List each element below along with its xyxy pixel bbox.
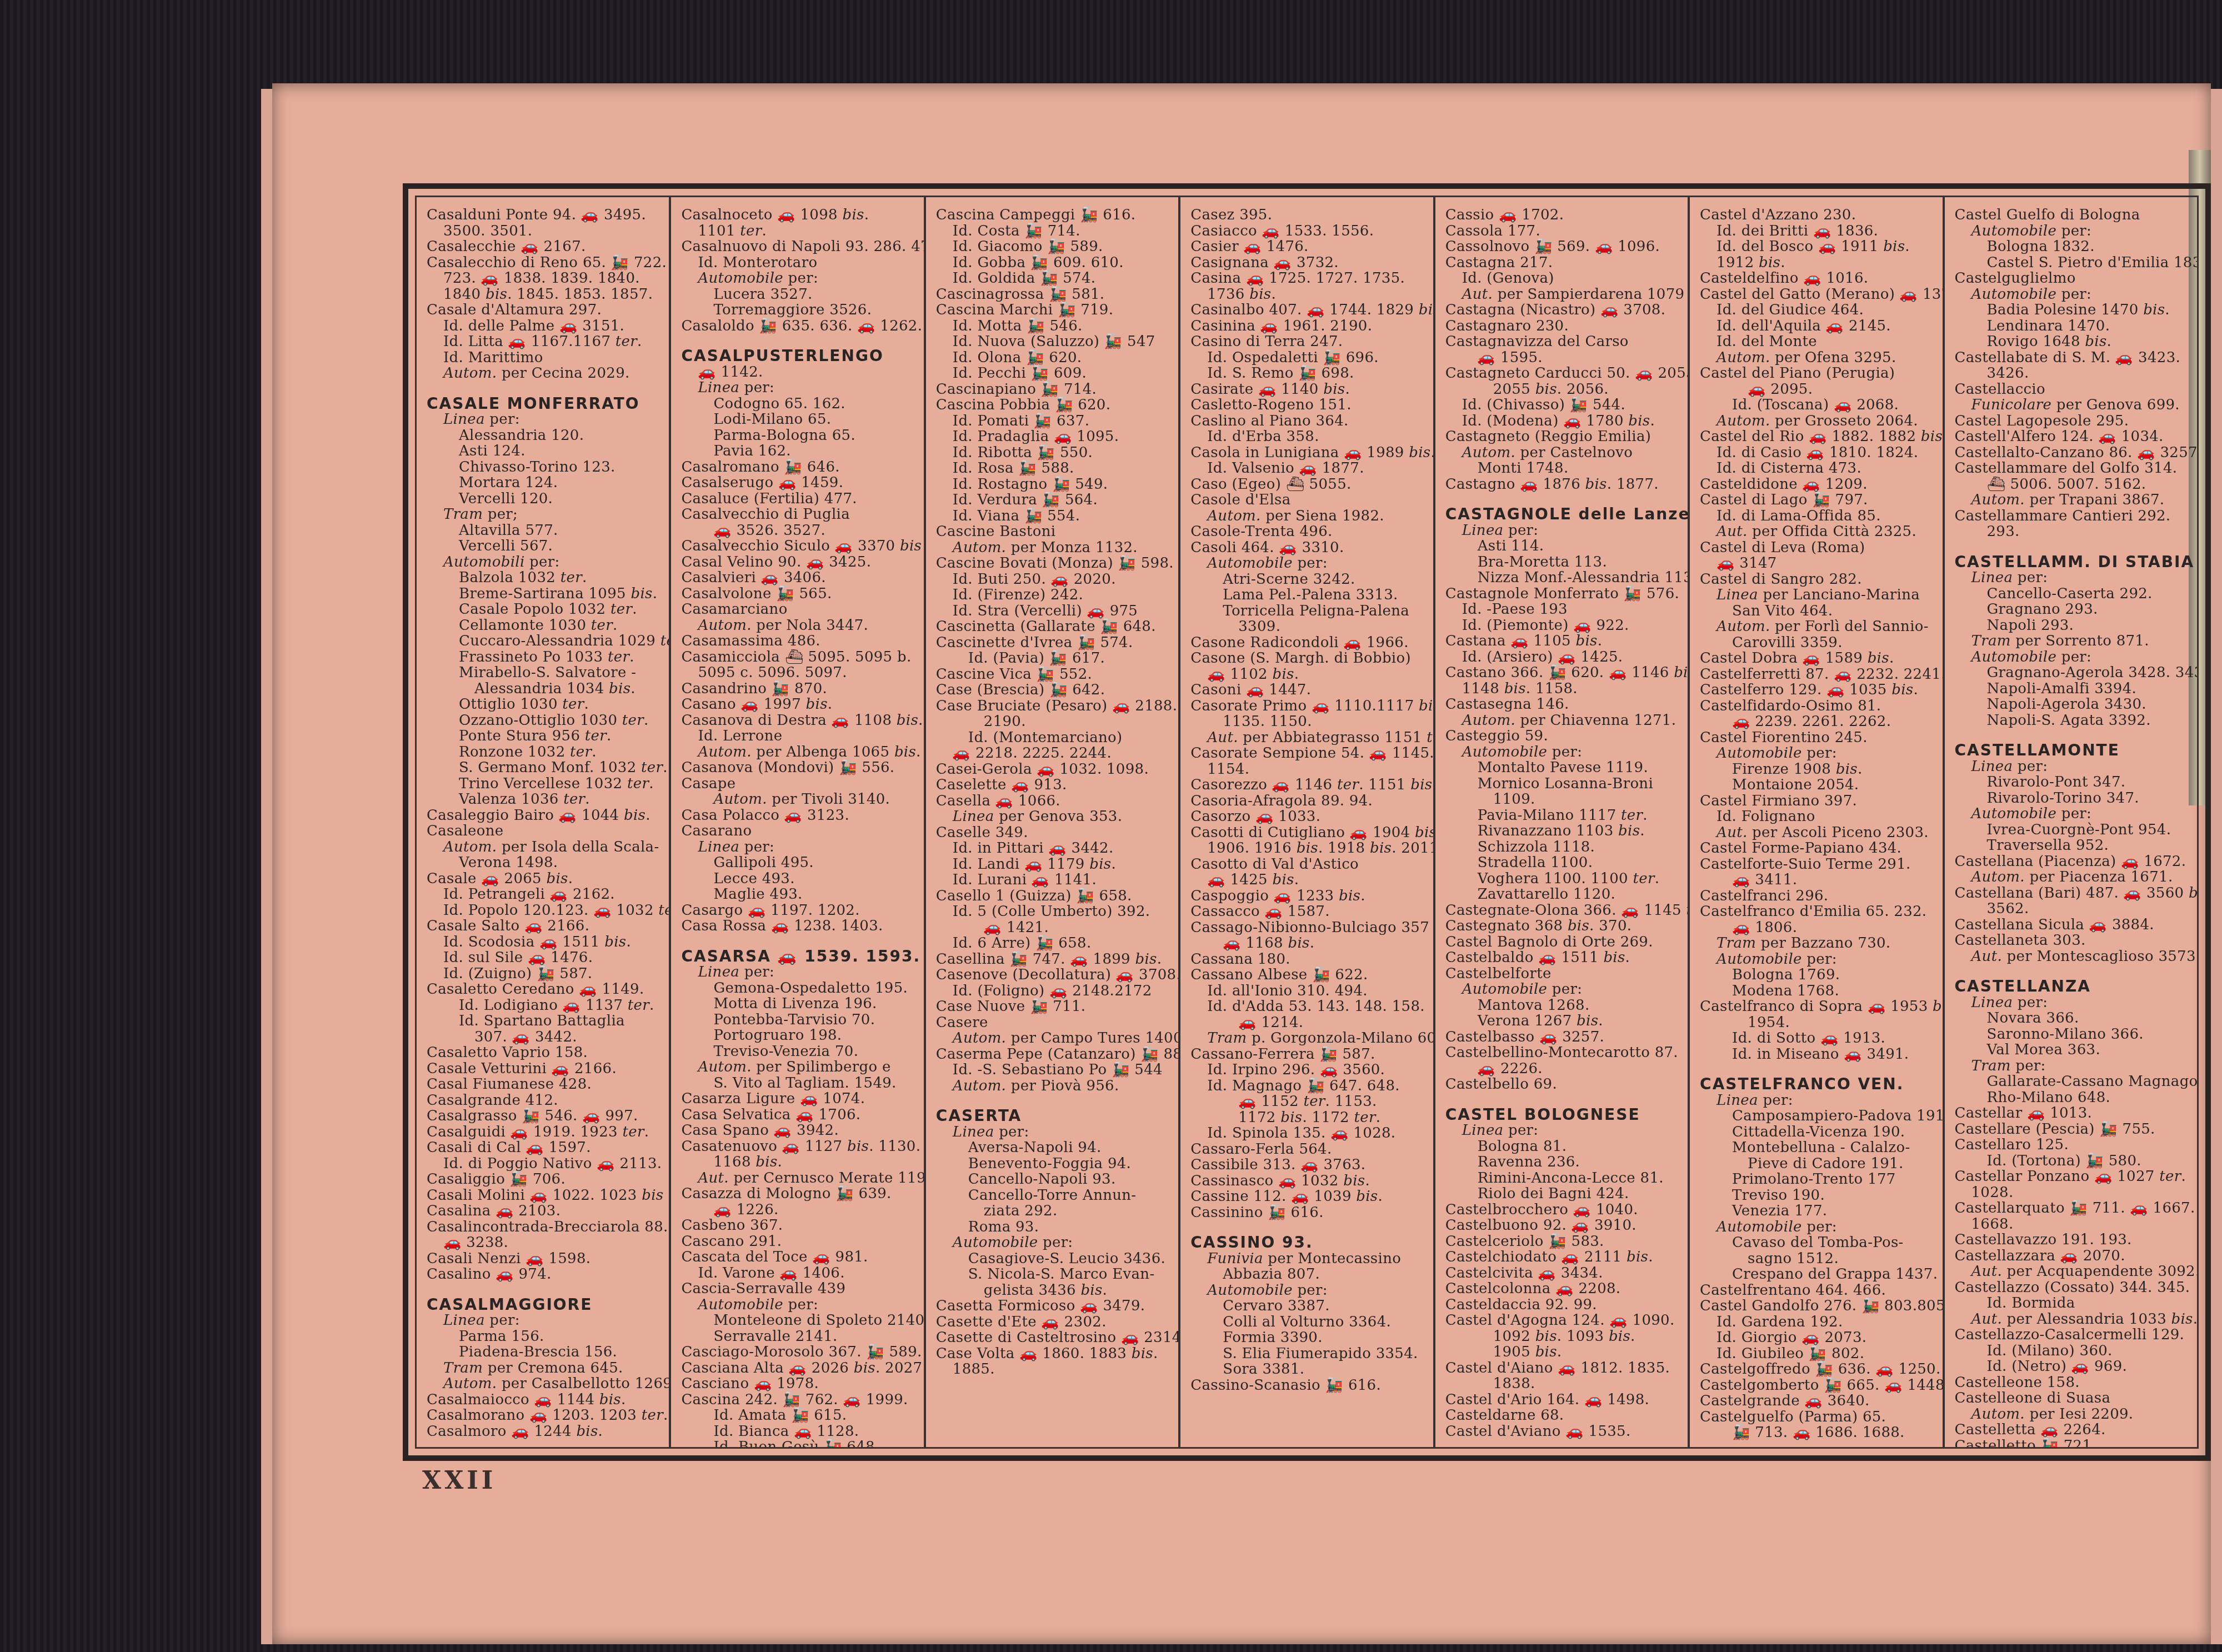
index-entry: 3500. 3501.: [427, 223, 661, 239]
index-entry: Id. Rostagno 🚂 549.: [936, 477, 1170, 493]
index-entry: Linea per:: [1955, 759, 2189, 775]
index-entry: Automobile per:: [1445, 744, 1680, 760]
index-entry: Caselle 349.: [936, 825, 1170, 841]
index-entry: Castellana Sicula 🚗 3884.: [1955, 917, 2189, 933]
index-entry: Bologna 1769.: [1700, 967, 1934, 983]
index-entry: Casere: [936, 1015, 1170, 1031]
index-entry: Gragnano-Agerola 3428. 3430: [1955, 665, 2189, 681]
index-entry: Id. Buon Gesù 🚂 648.: [681, 1439, 915, 1447]
index-entry: Case Volta 🚗 1860. 1883 bis.: [936, 1346, 1170, 1362]
index-entry: Castell'Alfero 124. 🚗 1034.: [1955, 429, 2189, 445]
index-entry: Pavia 162.: [681, 443, 915, 459]
index-entry: Tram per:: [1955, 1058, 2189, 1074]
index-entry: Badia Polesine 1470 bis.: [1955, 302, 2189, 318]
index-entry: Casanova (Mondovi) 🚂 556.: [681, 760, 915, 776]
index-entry: Id. (Foligno) 🚗 2148.2172: [936, 983, 1170, 999]
index-entry: Casaleggio Bairo 🚗 1044 bis.: [427, 808, 661, 824]
index-entry: 3309.: [1190, 619, 1425, 635]
index-entry: Cassinino 🚂 616.: [1190, 1205, 1425, 1221]
index-entry: Autom. per Trapani 3867.: [1955, 492, 2189, 508]
index-entry: S. Vito al Tagliam. 1549.: [681, 1075, 915, 1092]
index-entry: Mortara 124.: [427, 475, 661, 491]
index-entry: Asti 114.: [1445, 538, 1680, 554]
index-entry: Casalgrasso 🚂 546. 🚗 997.: [427, 1108, 661, 1124]
index-entry: Valenza 1036 ter.: [427, 792, 661, 808]
index-entry: Autom. per Castelnovo: [1445, 445, 1680, 461]
index-entry: Casale Salto 🚗 2166.: [427, 918, 661, 934]
index-entry: 723. 🚗 1838. 1839. 1840.: [427, 271, 661, 287]
index-entry: 🚗 1226.: [681, 1202, 915, 1218]
index-entry: Castel del Rio 🚗 1882. 1882 bis.: [1700, 429, 1934, 445]
section-heading: CASALMAGGIORE: [427, 1297, 661, 1313]
index-entry: Id. Magnago 🚂 647. 648.: [1190, 1078, 1425, 1094]
section-heading: CASERTA: [936, 1108, 1170, 1124]
index-entry: Id. Verdura 🚂 564.: [936, 492, 1170, 508]
index-entry: Id. 5 (Colle Umberto) 392.: [936, 904, 1170, 920]
index-entry: Id. (Genova): [1445, 271, 1680, 287]
index-entry: Id. di Cisterna 473.: [1700, 460, 1934, 477]
index-entry: Casone Radicondoli 🚗 1966.: [1190, 635, 1425, 651]
index-entry: Casteldelfino 🚗 1016.: [1700, 271, 1934, 287]
index-entry: Id. (Pavia) 🚂 617.: [936, 650, 1170, 667]
index-entry: Val Morea 363.: [1955, 1042, 2189, 1058]
index-entry: Casale 🚗 2065 bis.: [427, 871, 661, 887]
index-entry: Casola in Lunigiana 🚗 1989 bis.: [1190, 445, 1425, 461]
index-entry: 🚗 1806.: [1700, 920, 1934, 936]
index-entry: Castelferretti 87. 🚗 2232. 2241.: [1700, 667, 1934, 683]
index-entry: Casaletto Ceredano 🚗 1149.: [427, 982, 661, 998]
index-entry: Casarza Ligure 🚗 1074.: [681, 1091, 915, 1107]
index-entry: Automobile per:: [1700, 952, 1934, 968]
index-entry: Casoli 464. 🚗 3310.: [1190, 540, 1425, 556]
index-entry: Formia 3390.: [1190, 1330, 1425, 1346]
index-entry: Castellazzara 🚗 2070.: [1955, 1248, 2189, 1264]
section-heading: CASARSA 🚗 1539. 1593.: [681, 949, 915, 965]
index-entry: Id. (Tortona) 🚂 580.: [1955, 1153, 2189, 1169]
index-column-1: Casalduni Ponte 94. 🚗 3495.3500. 3501.Ca…: [417, 197, 671, 1447]
index-entry: Castelletta 🚗 2264.: [1955, 1422, 2189, 1438]
index-entry: Casinalbo 407. 🚗 1744. 1829 bis.: [1190, 302, 1425, 318]
index-entry: Gallipoli 495.: [681, 855, 915, 871]
index-entry: Cassolnovo 🚂 569. 🚗 1096.: [1445, 239, 1680, 255]
index-entry: Cascina Marchi 🚂 719.: [936, 302, 1170, 318]
index-entry: Id. in Miseano 🚗 3491.: [1700, 1047, 1934, 1063]
index-entry: Tram per Bazzano 730.: [1700, 935, 1934, 952]
index-entry: Id. di Casio 🚗 1810. 1824.: [1700, 445, 1934, 461]
section-heading: CASTELFRANCO VEN.: [1700, 1077, 1934, 1093]
index-entry: Id. Gardena 192.: [1700, 1314, 1934, 1330]
index-entry: Crespano del Grappa 1437.: [1700, 1266, 1934, 1283]
index-entry: Id. d'Adda 53. 143. 148. 158.: [1190, 999, 1425, 1015]
index-entry: Castelforte-Suio Terme 291.: [1700, 857, 1934, 873]
section-heading: CASTAGNOLE delle Lanze: [1445, 507, 1680, 523]
index-entry: Casotti di Cutigliano 🚗 1904 bis: [1190, 825, 1425, 841]
index-entry: 1109.: [1445, 792, 1680, 808]
section-heading: CASTELLANZA: [1955, 979, 2189, 995]
index-entry: Casina 🚗 1725. 1727. 1735.: [1190, 271, 1425, 287]
index-entry: Id. Amata 🚂 615.: [681, 1408, 915, 1424]
index-entry: Casape: [681, 776, 915, 792]
index-entry: Id. d'Erba 358.: [1190, 429, 1425, 445]
index-entry: Linea per:: [1700, 1093, 1934, 1109]
index-entry: Id. di Sotto 🚗 1913.: [1700, 1030, 1934, 1047]
index-entry: 🚗 2218. 2225. 2244.: [936, 745, 1170, 762]
index-entry: Ravenna 236.: [1445, 1154, 1680, 1170]
index-entry: Cascine Bovati (Monza) 🚂 598.: [936, 555, 1170, 572]
index-entry: Casa Rossa 🚗 1238. 1403.: [681, 918, 915, 934]
index-entry: Id. del Giudice 464.: [1700, 302, 1934, 318]
index-entry: Id. Pecchi 🚂 609.: [936, 366, 1170, 382]
index-entry: 1028.: [1955, 1185, 2189, 1201]
index-entry: Caslino al Piano 364.: [1190, 413, 1425, 429]
index-entry: Ivrea-Cuorgnè-Pont 954.: [1955, 822, 2189, 838]
index-entry: Castelcivita 🚗 3434.: [1445, 1265, 1680, 1281]
index-columns: Casalduni Ponte 94. 🚗 3495.3500. 3501.Ca…: [415, 196, 2199, 1449]
index-entry: Trino Vercellese 1032 ter.: [427, 776, 661, 792]
index-entry: Castelbelforte: [1445, 966, 1680, 982]
index-entry: Casaloldo 🚂 635. 636. 🚗 1262.: [681, 318, 915, 334]
index-entry: Casagiove-S. Leucio 3436.: [936, 1251, 1170, 1267]
index-entry: Id. all'Ionio 310. 494.: [1190, 983, 1425, 999]
index-entry: Benevento-Foggia 94.: [936, 1156, 1170, 1172]
index-entry: Pontebba-Tarvisio 70.: [681, 1012, 915, 1028]
index-column-7: Castel Guelfo di BolognaAutomobile per:B…: [1945, 197, 2197, 1447]
index-entry: Id. di Lama-Offida 85.: [1700, 508, 1934, 524]
index-column-4: Casez 395.Casiacco 🚗 1533. 1556.Casier 🚗…: [1180, 197, 1435, 1447]
index-entry: Cascine Vica 🚂 552.: [936, 667, 1170, 683]
index-entry: Aut. per Montescaglioso 3573.: [1955, 949, 2189, 965]
index-entry: Autom. per Isola della Scala-: [427, 839, 661, 855]
index-entry: Autom. per Chiavenna 1271.: [1445, 713, 1680, 729]
index-entry: Id. Petrangeli 🚗 2162.: [427, 887, 661, 903]
index-entry: Castelfidardo-Osimo 81.: [1700, 698, 1934, 714]
index-entry: Linea per:: [1955, 570, 2189, 586]
index-entry: Firenze 1908 bis.: [1700, 762, 1934, 778]
index-entry: Casalina 🚗 2103.: [427, 1203, 661, 1219]
index-entry: Castelguglielmo: [1955, 271, 2189, 287]
index-entry: Id. Motta 🚂 546.: [936, 318, 1170, 334]
index-entry: Cassine 112. 🚗 1039 bis.: [1190, 1189, 1425, 1205]
index-entry: Castelfranco di Sopra 🚗 1953 bis.: [1700, 999, 1934, 1015]
index-entry: 1135. 1150.: [1190, 714, 1425, 730]
index-entry: 1838.: [1445, 1376, 1680, 1392]
index-entry: Casaluce (Fertilia) 477.: [681, 491, 915, 507]
index-entry: Castelgrande 🚗 3640.: [1700, 1393, 1934, 1409]
index-entry: Casalecchio di Reno 65. 🚂 722.: [427, 255, 661, 271]
index-entry: Tram p. Gorgonzola-Milano 609: [1190, 1030, 1425, 1047]
index-entry: Id. del Bosco 🚗 1911 bis.: [1700, 239, 1934, 255]
index-entry: Caspoggio 🚗 1233 bis.: [1190, 888, 1425, 904]
index-entry: Id. Bormida: [1955, 1295, 2189, 1311]
index-entry: Autom. per Ofena 3295.: [1700, 350, 1934, 366]
index-entry: Id. Marittimo: [427, 350, 661, 366]
index-entry: Castellavazzo 191. 193.: [1955, 1232, 2189, 1248]
index-entry: Cascinetta (Gallarate 🚂 648.: [936, 619, 1170, 635]
index-entry: Casa Polacco 🚗 3123.: [681, 808, 915, 824]
index-entry: Casino di Terra 247.: [1190, 334, 1425, 350]
index-entry: Id. Spinola 135. 🚗 1028.: [1190, 1125, 1425, 1142]
index-entry: Parma 156.: [427, 1329, 661, 1345]
index-entry: Automobile per:: [1955, 806, 2189, 822]
index-entry: Motta di Livenza 196.: [681, 996, 915, 1012]
index-entry: Casalmaiocco 🚗 1144 bis.: [427, 1392, 661, 1408]
index-entry: Casamicciola ⛴ 5095. 5095 b.: [681, 649, 915, 665]
index-entry: Id. Pradaglia 🚗 1095.: [936, 429, 1170, 445]
index-entry: Napoli-Agerola 3430.: [1955, 697, 2189, 713]
index-entry: Castagna 217.: [1445, 255, 1680, 271]
index-entry: Castelbasso 🚗 3257.: [1445, 1029, 1680, 1045]
index-entry: Casa Spano 🚗 3942.: [681, 1123, 915, 1139]
index-entry: Casette di Casteltrosino 🚗 2314.: [936, 1330, 1170, 1346]
index-entry: 🚗 3238.: [427, 1235, 661, 1251]
index-entry: Castel Guelfo di Bologna: [1955, 207, 2189, 223]
index-entry: Cascia-Serravalle 439: [681, 1281, 915, 1297]
index-entry: Rovigo 1648 bis.: [1955, 334, 2189, 350]
index-entry: Automobile per:: [1190, 555, 1425, 572]
index-entry: Napoli-Amalfi 3394.: [1955, 681, 2189, 697]
index-entry: Casalnuovo di Napoli 93. 286. 473.: [681, 239, 915, 255]
index-entry: 307. 🚗 3442.: [427, 1029, 661, 1045]
index-entry: 1885.: [936, 1361, 1170, 1378]
index-entry: 🚗 1421.: [936, 920, 1170, 936]
index-entry: Autom. per Grosseto 2064.: [1700, 413, 1934, 429]
index-entry: Casazza di Mologno 🚂 639.: [681, 1186, 915, 1202]
index-entry: Castel Firmiano 397.: [1700, 793, 1934, 809]
index-entry: 3562.: [1955, 901, 2189, 917]
index-entry: Monti 1748.: [1445, 460, 1680, 477]
index-entry: Castel d'Azzano 230.: [1700, 207, 1934, 223]
index-entry: Rho-Milano 648.: [1955, 1090, 2189, 1106]
index-entry: 1736 bis.: [1190, 287, 1425, 303]
index-entry: Verona 1267 bis.: [1445, 1013, 1680, 1029]
index-entry: 🚗 1142.: [681, 364, 915, 381]
index-entry: Castagnole Monferrato 🚂 576.: [1445, 586, 1680, 602]
index-entry: Case Nuove 🚂 711.: [936, 999, 1170, 1015]
index-entry: Castel di Leva (Roma): [1700, 540, 1934, 556]
index-entry: 1168 bis.: [681, 1154, 915, 1170]
index-entry: Casale Vetturini 🚗 2166.: [427, 1061, 661, 1077]
index-entry: Casorezzo 🚗 1146 ter. 1151 bis.: [1190, 777, 1425, 793]
index-entry: Castagneto Carducci 50. 🚗 2055.: [1445, 366, 1680, 382]
index-entry: Castelfranci 296.: [1700, 888, 1934, 904]
index-entry: Casole d'Elsa: [1190, 492, 1425, 508]
index-entry: Autom. per Siena 1982.: [1190, 508, 1425, 524]
index-entry: 🚗 2226.: [1445, 1061, 1680, 1077]
index-entry: Casirate 🚗 1140 bis.: [1190, 382, 1425, 398]
index-entry: Casez 395.: [1190, 207, 1425, 223]
index-entry: Aut. per Alessandria 1033 bis.: [1955, 1311, 2189, 1328]
index-entry: Cassino-Scanasio 🚂 616.: [1190, 1378, 1425, 1394]
index-entry: Casa Selvatica 🚗 1706.: [681, 1107, 915, 1123]
index-entry: Id. Varone 🚗 1406.: [681, 1265, 915, 1281]
index-entry: Casellina 🚂 747. 🚗 1899 bis.: [936, 952, 1170, 968]
index-entry: Casciano 🚗 1978.: [681, 1376, 915, 1392]
index-entry: Casciana Alta 🚗 2026 bis. 2027.: [681, 1360, 915, 1376]
index-entry: 2190.: [936, 714, 1170, 730]
index-entry: Treviso 190.: [1700, 1188, 1934, 1204]
index-entry: Casalguidi 🚗 1919. 1923 ter.: [427, 1124, 661, 1140]
index-entry: Castelbellino-Montecarotto 87.: [1445, 1045, 1680, 1061]
index-entry: Voghera 1100. 1100 ter.: [1445, 871, 1680, 887]
index-entry: Traversella 952.: [1955, 838, 2189, 854]
index-entry: Id. Bianca 🚗 1128.: [681, 1424, 915, 1440]
index-entry: Castel Bagnolo di Orte 269.: [1445, 934, 1680, 950]
index-entry: Linea per Genova 353.: [936, 809, 1170, 825]
index-entry: Casal Fiumanese 428.: [427, 1077, 661, 1093]
index-entry: 1154.: [1190, 762, 1425, 778]
index-entry: Cascinette d'Ivrea 🚂 574.: [936, 635, 1170, 651]
index-entry: Castelgomberto 🚂 665. 🚗 1448.: [1700, 1378, 1934, 1394]
index-entry: Abbazia 807.: [1190, 1266, 1425, 1283]
index-entry: Id. Rosa 🚂 588.: [936, 460, 1170, 477]
index-entry: Pavia-Milano 1117 ter.: [1445, 808, 1680, 824]
index-entry: Castel Dobra 🚗 1589 bis.: [1700, 650, 1934, 667]
index-entry: Aut. per Ascoli Piceno 2303.: [1700, 825, 1934, 841]
index-entry: Casetta Formicoso 🚗 3479.: [936, 1298, 1170, 1314]
section-heading: CASTELLAMONTE: [1955, 743, 2189, 759]
index-entry: Funivia per Montecassino: [1190, 1251, 1425, 1267]
index-entry: Casotto di Val d'Astico: [1190, 857, 1425, 873]
index-entry: Castel S. Pietro d'Emilia 1832: [1955, 255, 2189, 271]
index-entry: Casatenuovo 🚗 1127 bis. 1130.: [681, 1139, 915, 1155]
section-heading: CASALE MONFERRATO: [427, 396, 661, 412]
section-heading: CASTEL BOLOGNESE: [1445, 1107, 1680, 1123]
index-entry: Case Bruciate (Pesaro) 🚗 2188.: [936, 698, 1170, 714]
index-entry: Casteldaccia 92. 99.: [1445, 1297, 1680, 1313]
index-entry: Vercelli 120.: [427, 491, 661, 507]
index-entry: Schizzola 1118.: [1445, 839, 1680, 855]
index-entry: Casteldidone 🚗 1209.: [1700, 477, 1934, 493]
index-entry: Autom. per Piacenza 1671.: [1955, 869, 2189, 885]
index-entry: Gallarate-Cassano Magnago 648: [1955, 1074, 2189, 1090]
index-entry: Id. sul Sile 🚗 1476.: [427, 950, 661, 966]
index-entry: Casamassima 486.: [681, 633, 915, 649]
index-entry: Autom. per Monza 1132.: [936, 540, 1170, 556]
index-entry: Castelleone 158.: [1955, 1375, 2189, 1391]
index-entry: Casoria-Afragola 89. 94.: [1190, 793, 1425, 809]
index-entry: Casaletto Vaprio 158.: [427, 1045, 661, 1061]
index-entry: San Vito 464.: [1700, 603, 1934, 619]
index-entry: Aut. per Sampierdarena 1079 bis: [1445, 287, 1680, 303]
index-entry: Napoli 293.: [1955, 618, 2189, 634]
index-entry: Id. (Milano) 360.: [1955, 1343, 2189, 1359]
index-entry: Linea per:: [936, 1124, 1170, 1140]
index-entry: 🚗 1425 bis.: [1190, 872, 1425, 888]
index-entry: Casiacco 🚗 1533. 1556.: [1190, 223, 1425, 239]
index-entry: Linea per:: [427, 412, 661, 428]
index-entry: Casbeno 367.: [681, 1218, 915, 1234]
index-entry: Casoni 🚗 1447.: [1190, 682, 1425, 698]
index-entry: Castel d'Ario 164. 🚗 1498.: [1445, 1392, 1680, 1408]
index-entry: Castel d'Aiano 🚗 1812. 1835.: [1445, 1360, 1680, 1376]
index-entry: Linea per:: [427, 1313, 661, 1329]
index-entry: 1092 bis. 1093 bis.: [1445, 1329, 1680, 1345]
index-entry: Cassana 180.: [1190, 952, 1425, 968]
page-number: XXII: [422, 1466, 496, 1495]
index-entry: Novara 366.: [1955, 1010, 2189, 1027]
index-entry: 🚗 1152 ter. 1153.: [1190, 1094, 1425, 1110]
index-entry: Casanova di Destra 🚗 1108 bis.: [681, 713, 915, 729]
index-entry: Cassinasco 🚗 1032 bis.: [1190, 1173, 1425, 1189]
index-entry: Autom. per Iesi 2209.: [1955, 1406, 2189, 1423]
index-entry: S. Germano Monf. 1032 ter.: [427, 760, 661, 776]
index-entry: Id. Giubileo 🚂 802.: [1700, 1346, 1934, 1362]
index-entry: Casorzo 🚗 1033.: [1190, 809, 1425, 825]
index-entry: Castegnato 368 bis. 370.: [1445, 918, 1680, 934]
index-entry: Linea per:: [681, 964, 915, 980]
index-entry: Autom. per Nola 3447.: [681, 618, 915, 634]
index-entry: Cassago-Nibionno-Bulciago 357: [1190, 920, 1425, 936]
index-entry: Automobile per:: [1700, 1219, 1934, 1235]
index-entry: 🚗 3526. 3527.: [681, 523, 915, 539]
index-entry: Id. Lurani 🚗 1141.: [936, 872, 1170, 888]
index-entry: Mirabello-S. Salvatore -: [427, 665, 661, 681]
index-entry: Casalgrande 412.: [427, 1093, 661, 1109]
index-entry: Castellazzo-Casalcermelli 129.: [1955, 1327, 2189, 1343]
index-entry: Casalmorano 🚗 1203. 1203 ter.: [427, 1408, 661, 1424]
index-entry: Id. del Monte: [1700, 334, 1934, 350]
index-entry: Automobile per:: [1955, 649, 2189, 665]
index-entry: Monteleone di Spoleto 2140 bis: [681, 1313, 915, 1329]
index-entry: Casaleone: [427, 823, 661, 839]
index-entry: Casaliggio 🚂 706.: [427, 1172, 661, 1188]
index-entry: 1906. 1916 bis. 1918 bis. 2011.: [1190, 840, 1425, 857]
index-entry: Aut. per Abbiategrasso 1151 ter: [1190, 730, 1425, 746]
index-entry: Rimini-Ancona-Lecce 81.: [1445, 1170, 1680, 1187]
index-entry: Verona 1498.: [427, 855, 661, 871]
index-entry: 🚗 1595.: [1445, 350, 1680, 366]
index-entry: S. Nicola-S. Marco Evan-: [936, 1266, 1170, 1283]
index-entry: Piadena-Brescia 156.: [427, 1344, 661, 1360]
index-entry: Id. Monterotaro: [681, 255, 915, 271]
index-entry: Codogno 65. 162.: [681, 396, 915, 412]
index-entry: Cassola 177.: [1445, 223, 1680, 239]
index-entry: Castegnate-Olona 366. 🚗 1145 ter.: [1445, 903, 1680, 919]
index-entry: Casalmoro 🚗 1244 bis.: [427, 1424, 661, 1440]
index-entry: Id. Stra (Vercelli) 🚗 975: [936, 603, 1170, 619]
index-entry: Alessandria 1034 bis.: [427, 681, 661, 697]
index-entry: Castelchiodato 🚗 2111 bis.: [1445, 1249, 1680, 1265]
index-entry: Caselette 🚗 913.: [936, 777, 1170, 793]
index-entry: Casal Velino 90. 🚗 3425.: [681, 554, 915, 570]
index-entry: Automobile per:: [1190, 1283, 1425, 1299]
index-entry: Castagna (Nicastro) 🚗 3708.: [1445, 302, 1680, 318]
index-entry: Castellalto-Canzano 86. 🚗 3257.: [1955, 445, 2189, 461]
index-entry: 🚗 3411.: [1700, 872, 1934, 888]
index-entry: Aut. per Offida Città 2325.: [1700, 524, 1934, 540]
index-entry: Caso (Egeo) ⛴ 5055.: [1190, 477, 1425, 493]
index-entry: Cascinapiano 🚂 714.: [936, 382, 1170, 398]
index-entry: gelista 3436 bis.: [936, 1283, 1170, 1299]
index-entry: Id. Gobba 🚂 609. 610.: [936, 255, 1170, 271]
index-entry: Montalto Pavese 1119.: [1445, 760, 1680, 776]
index-entry: Autom. per Tivoli 3140.: [681, 792, 915, 808]
index-entry: Castelcolonna 🚗 2208.: [1445, 1281, 1680, 1297]
index-entry: Rivarolo-Torino 347.: [1955, 790, 2189, 807]
index-entry: Castel del Gatto (Merano) 🚗 1377 bis: [1700, 287, 1934, 303]
index-entry: Montaione 2054.: [1700, 777, 1934, 793]
index-entry: Casella 🚗 1066.: [936, 793, 1170, 809]
index-entry: Mornico Losanna-Broni: [1445, 776, 1680, 792]
index-entry: Cuccaro-Alessandria 1029 ter.: [427, 633, 661, 649]
index-entry: Rivarolo-Pont 347.: [1955, 774, 2189, 790]
index-entry: Id. -S. Sebastiano Po 🚂 544: [936, 1062, 1170, 1078]
index-entry: Casei-Gerola 🚗 1032. 1098.: [936, 762, 1170, 778]
index-entry: Cavaso del Tomba-Pos-: [1700, 1235, 1934, 1251]
index-entry: Id. (Zuigno) 🚂 587.: [427, 966, 661, 982]
index-entry: 1148 bis. 1158.: [1445, 681, 1680, 697]
index-entry: Cascina 242. 🚂 762. 🚗 1999.: [681, 1392, 915, 1408]
